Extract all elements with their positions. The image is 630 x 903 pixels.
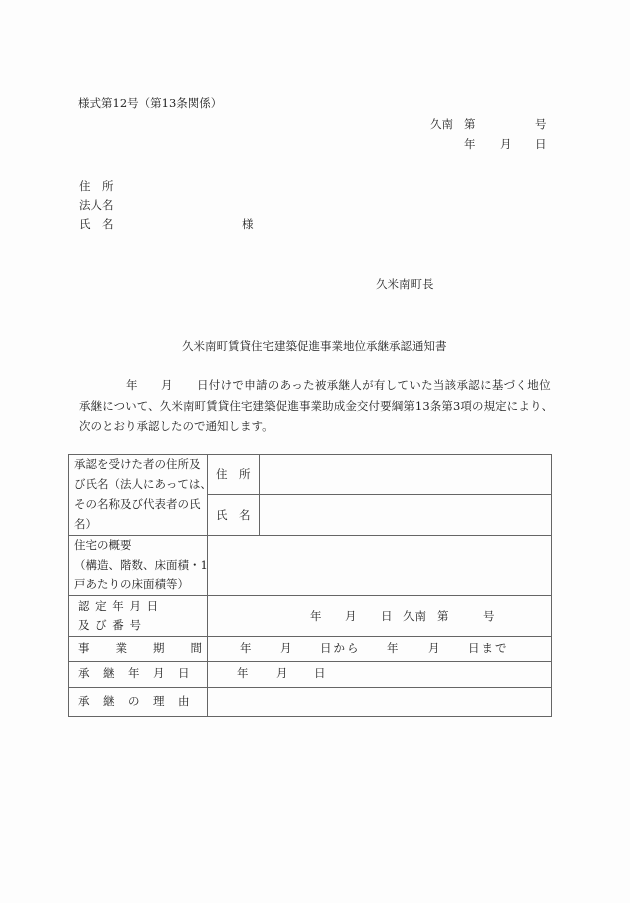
table-divider (68, 687, 552, 688)
recipient-address-label: 住 所 (79, 181, 114, 193)
row5-day: 日 (314, 668, 326, 680)
recipient-name-label: 氏 名 (79, 219, 114, 231)
table-border-bottom (68, 716, 552, 717)
table-border-top (68, 454, 552, 455)
row2-label-line1: 住宅の概要 (74, 540, 132, 552)
row5-year: 年 (237, 668, 249, 680)
body-line1: 日付けで申請のあった被承継人が有していた当該承認に基づく地位 (197, 380, 551, 392)
issuer: 久米南町長 (376, 279, 434, 291)
table-col-divider (207, 454, 208, 717)
issue-date-month: 月 (500, 139, 512, 151)
row2-label-line3: 戸あたりの床面積等） (74, 579, 189, 591)
table-col-divider (259, 454, 260, 536)
row3-dai: 第 (437, 611, 449, 623)
row2-label-line2: （構造、階数、床面積・1 (74, 560, 208, 572)
row1-label-line2: び氏名（法人にあっては、 (74, 479, 212, 491)
row4-to-month: 月 (428, 643, 440, 655)
row4-to-day: 日まで (468, 643, 509, 655)
body-year: 年 (126, 380, 138, 392)
doc-number-prefix: 久南 (430, 119, 453, 131)
table-divider (68, 636, 552, 637)
row4-to-year: 年 (387, 643, 399, 655)
form-id: 様式第12号（第13条関係） (78, 98, 222, 110)
row6-label: 承 継 の 理 由 (78, 696, 191, 708)
row3-year: 年 (310, 611, 322, 623)
row3-label-line2: 及 び 番 号 (78, 620, 142, 632)
row5-label: 承 継 年 月 日 (78, 668, 191, 680)
body-line3: 次のとおり承認したので通知します。 (79, 421, 274, 433)
doc-number-go: 号 (535, 119, 547, 131)
row3-go: 号 (483, 611, 495, 623)
issue-date-year: 年 (464, 139, 476, 151)
row1-sub-address-label: 住 所 (216, 469, 251, 481)
document-title: 久米南町賃貸住宅建築促進事業地位承継承認通知書 (182, 341, 447, 353)
recipient-honorific: 様 (242, 219, 254, 231)
table-divider (68, 535, 552, 536)
recipient-corp-label: 法人名 (79, 200, 114, 212)
table-divider (68, 595, 552, 596)
body-month: 月 (161, 380, 173, 392)
row3-label-line1: 認 定 年 月 日 (78, 601, 159, 613)
row3-month: 月 (345, 611, 357, 623)
table-divider (68, 661, 552, 662)
table-border-right (551, 454, 552, 717)
row3-prefix: 久南 (403, 611, 426, 623)
body-line2: 承継について、久米南町賃貸住宅建築促進事業助成金交付要綱第13条第3項の規定によ… (79, 401, 553, 413)
row4-label: 事 業 期 間 (78, 643, 203, 655)
row4-from-month: 月 (280, 643, 292, 655)
row5-month: 月 (276, 668, 288, 680)
row1-sub-name-label: 氏 名 (216, 510, 251, 522)
row4-from-day: 日から (320, 643, 361, 655)
row1-label-line4: 名） (74, 519, 97, 531)
issue-date-day: 日 (535, 139, 547, 151)
row1-label-line3: その名称及び代表者の氏 (74, 499, 201, 511)
doc-number-dai: 第 (464, 119, 476, 131)
row1-label-line1: 承認を受けた者の住所及 (74, 459, 201, 471)
table-border-left (68, 454, 69, 717)
row3-day: 日 (381, 611, 393, 623)
row4-from-year: 年 (240, 643, 252, 655)
